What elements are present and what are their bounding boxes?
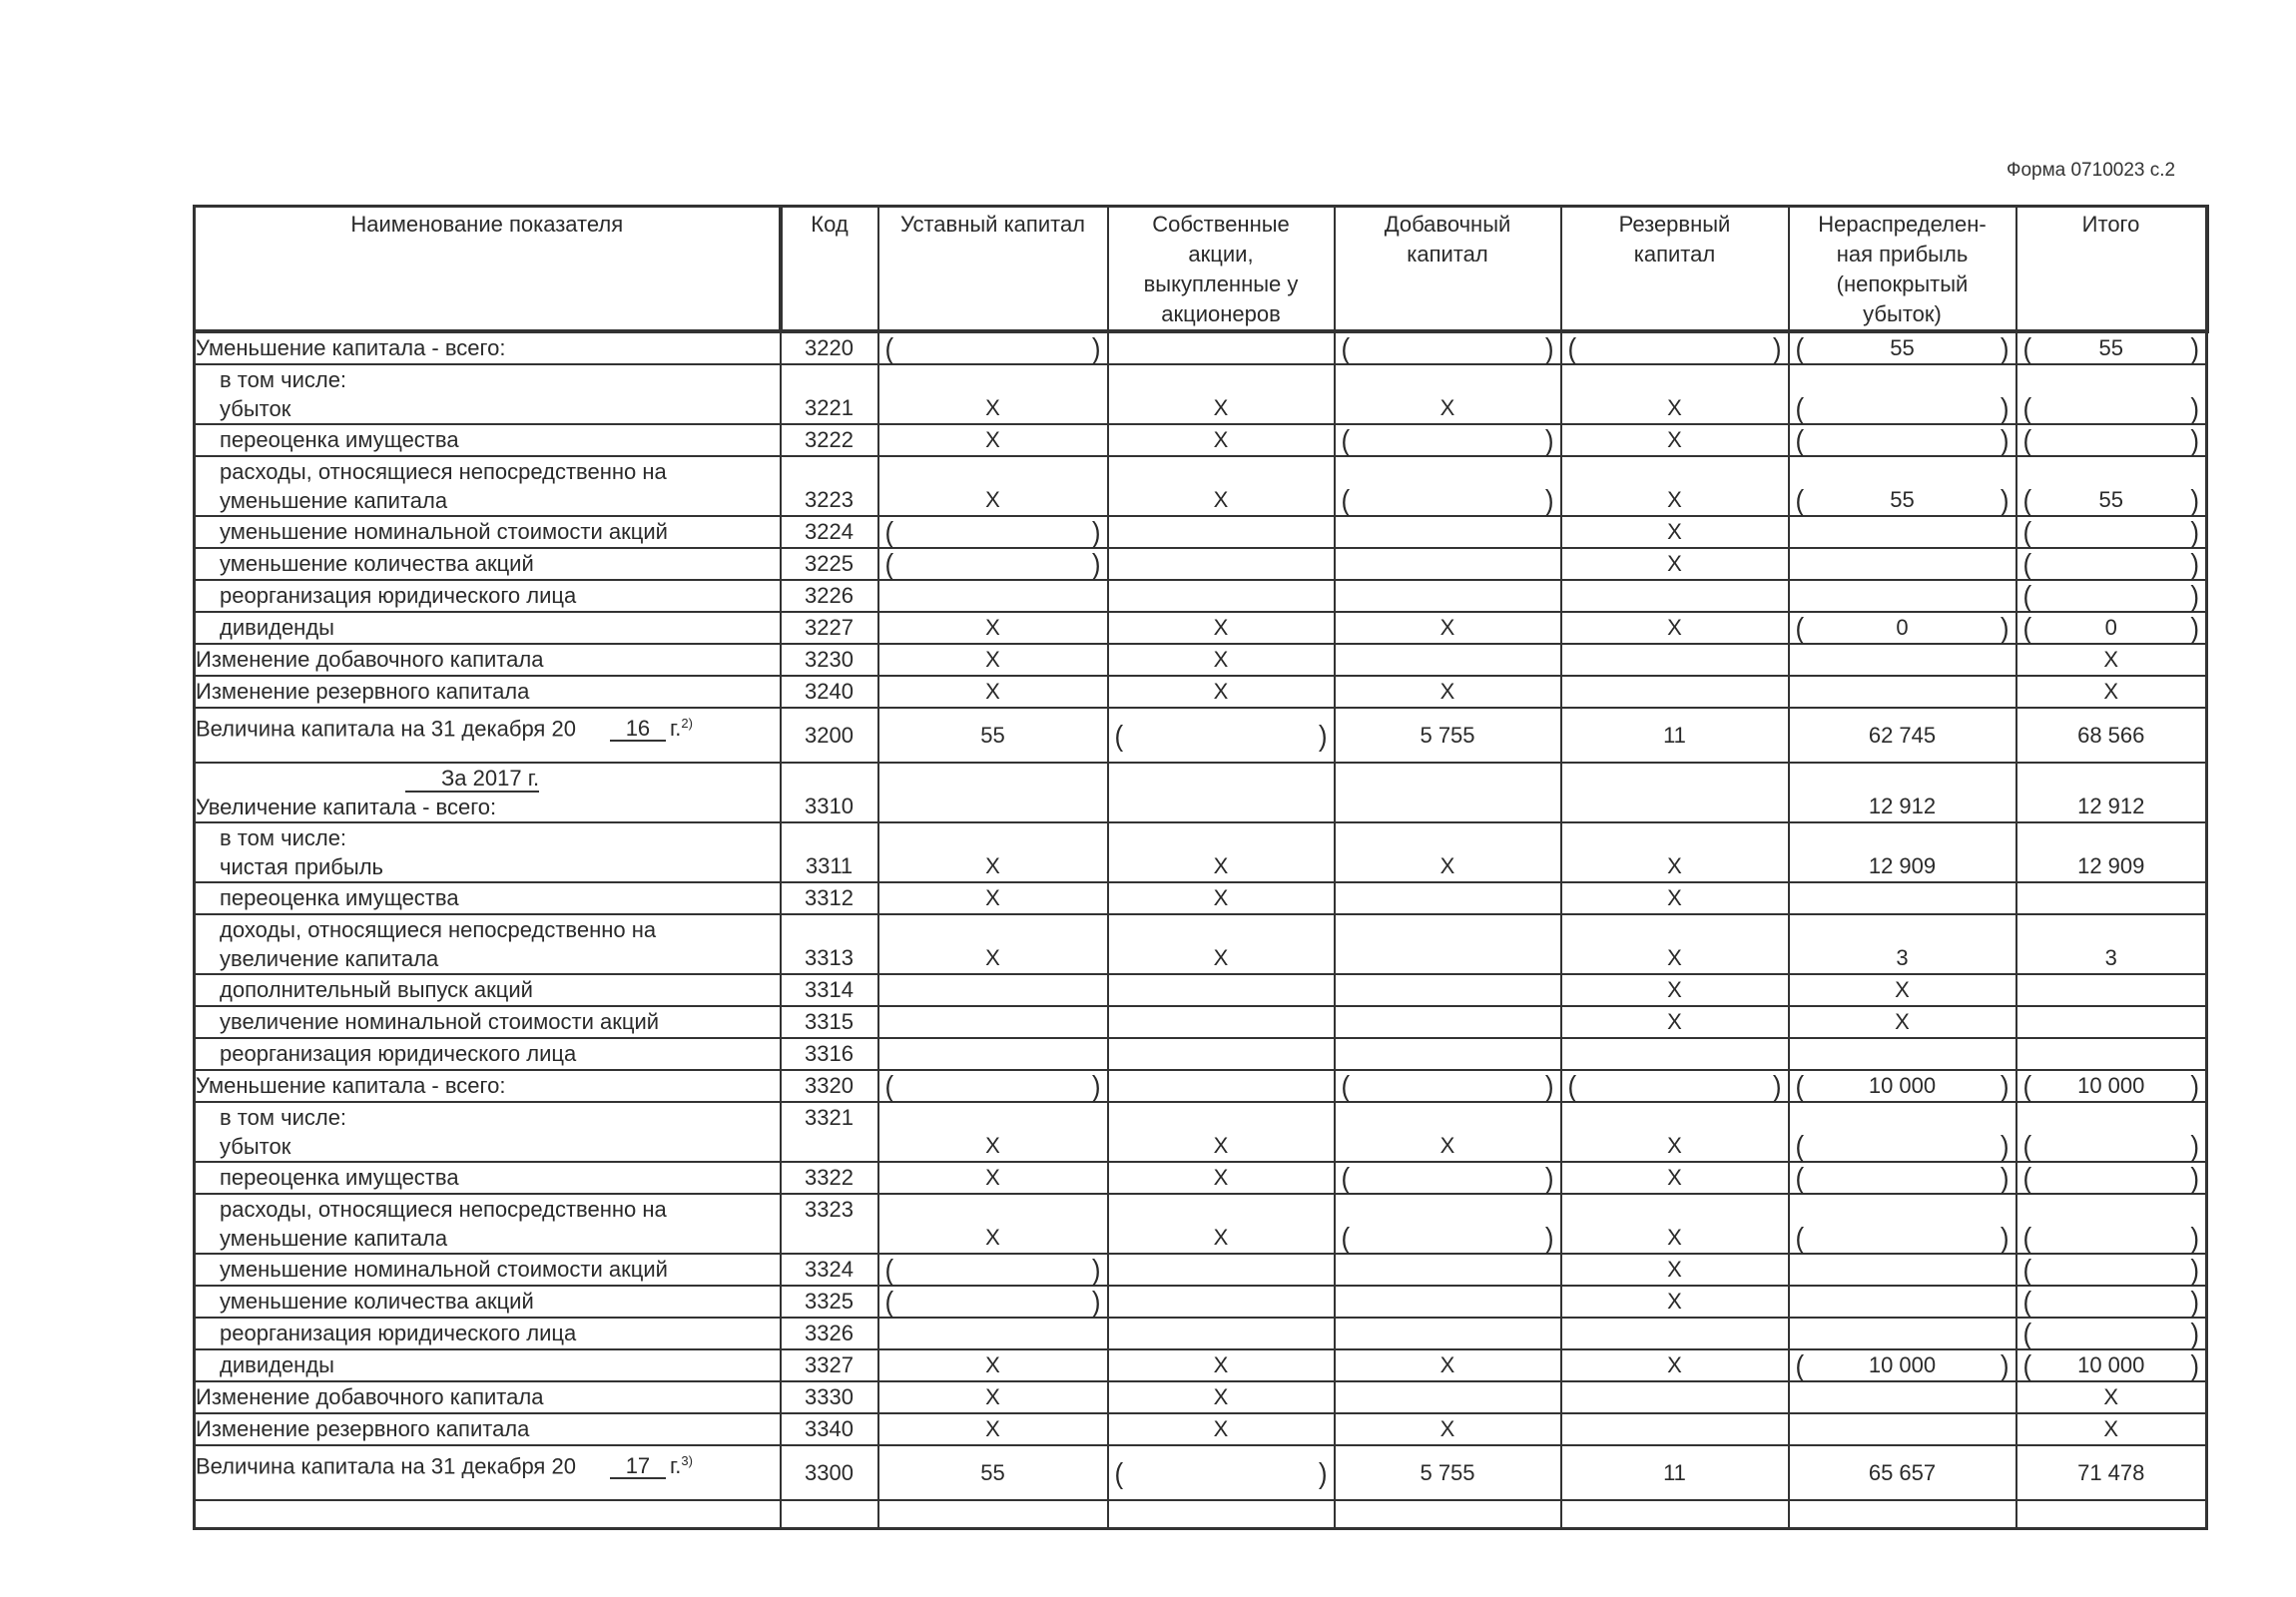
cell-value: X	[1667, 395, 1682, 420]
cell-value: X	[985, 945, 1000, 970]
cell-value: 0	[1804, 613, 2001, 643]
cell-value: X	[985, 1352, 1000, 1377]
value-cell-retained-earnings: (55)	[1789, 331, 2016, 364]
indicator-name-line: уменьшение номинальной стоимости акций	[220, 517, 780, 547]
value-cell-retained-earnings: 65 657	[1789, 1445, 2016, 1500]
indicator-name-line: Изменение добавочного капитала	[196, 1382, 780, 1412]
value-cell-treasury-shares	[1108, 1500, 1335, 1529]
indicator-name-cell: переоценка имущества	[195, 882, 781, 914]
value-cell-additional-capital	[1335, 548, 1561, 580]
value-cell-reserve-capital	[1561, 1381, 1789, 1413]
value-cell-reserve-capital: X	[1561, 612, 1789, 644]
row-code-cell: 3227	[781, 612, 878, 644]
header-line: акции,	[1109, 240, 1334, 269]
negative-value-brackets: (10 000)	[2017, 1350, 2206, 1380]
row-code-cell: 3300	[781, 1445, 878, 1500]
value-cell-treasury-shares	[1108, 1318, 1335, 1349]
negative-value-brackets: ()	[2017, 1163, 2206, 1193]
value-cell-retained-earnings	[1789, 1413, 2016, 1445]
value-cell-total: 71 478	[2016, 1445, 2207, 1500]
table-row: Изменение добавочного капитала3330XXX	[195, 1381, 2207, 1413]
cell-value: X	[1440, 1133, 1455, 1158]
value-cell-treasury-shares: X	[1108, 612, 1335, 644]
indicator-name-cell: Величина капитала на 31 декабря 2017г.3)	[195, 1445, 781, 1500]
value-cell-treasury-shares: X	[1108, 1162, 1335, 1194]
value-cell-total	[2016, 1006, 2207, 1038]
value-cell-charter-capital	[878, 1500, 1108, 1529]
indicator-name-cell: реорганизация юридического лица	[195, 1318, 781, 1349]
indicator-name-cell: реорганизация юридического лица	[195, 1038, 781, 1070]
value-cell-total: ()	[2016, 424, 2207, 456]
indicator-name-line: расходы, относящиеся непосредственно на	[220, 1195, 780, 1224]
cell-value: X	[1667, 487, 1682, 512]
close-bracket: )	[2190, 1130, 2199, 1163]
value-cell-charter-capital: ()	[878, 1070, 1108, 1102]
open-bracket: (	[2023, 392, 2032, 425]
value-cell-retained-earnings: ()	[1789, 1194, 2016, 1254]
value-cell-treasury-shares: X	[1108, 364, 1335, 424]
cell-value: X	[1214, 1165, 1229, 1190]
header-line: убыток)	[1790, 299, 2015, 329]
cell-value: X	[1214, 647, 1229, 672]
indicator-name-line: реорганизация юридического лица	[220, 1319, 780, 1348]
header-line: Резервный	[1562, 210, 1788, 240]
value-cell-reserve-capital: X	[1561, 548, 1789, 580]
indicator-name-cell: Изменение добавочного капитала	[195, 644, 781, 676]
open-bracket: (	[885, 548, 894, 581]
indicator-name-cell: переоценка имущества	[195, 424, 781, 456]
value-cell-additional-capital	[1335, 1286, 1561, 1318]
open-bracket: (	[1342, 1162, 1351, 1195]
value-cell-retained-earnings: ()	[1789, 424, 2016, 456]
cell-value: X	[985, 1133, 1000, 1158]
cell-value: X	[1214, 1225, 1229, 1250]
value-cell-total: ()	[2016, 364, 2207, 424]
close-bracket: )	[1545, 1162, 1554, 1195]
open-bracket: (	[1115, 1456, 1124, 1489]
row-code-cell: 3323	[781, 1194, 878, 1254]
cell-value: X	[1667, 885, 1682, 910]
cell-value: X	[1214, 427, 1229, 452]
cell-value: X	[1214, 615, 1229, 640]
table-row: Изменение добавочного капитала3230XXX	[195, 644, 2207, 676]
indicator-name-line: в том числе:	[220, 1103, 780, 1132]
year-field: 17	[610, 1455, 666, 1479]
row-code-cell: 3222	[781, 424, 878, 456]
cell-value: 10 000	[2031, 1350, 2190, 1380]
cell-value: X	[1667, 551, 1682, 576]
cell-value: X	[1667, 853, 1682, 878]
close-bracket: )	[2190, 580, 2199, 613]
open-bracket: (	[1796, 612, 1805, 645]
close-bracket: )	[2001, 1130, 2009, 1163]
negative-value-brackets: ()	[2017, 1255, 2206, 1285]
cell-value: X	[1667, 1009, 1682, 1034]
value-cell-additional-capital	[1335, 882, 1561, 914]
value-cell-total: ()	[2016, 1102, 2207, 1162]
header-total: Итого	[2016, 207, 2207, 332]
close-bracket: )	[2190, 484, 2199, 517]
indicator-name-line: переоценка имущества	[220, 1163, 780, 1193]
row-code-cell: 3311	[781, 822, 878, 882]
cell-value: 0	[2031, 613, 2190, 643]
close-bracket: )	[1092, 332, 1101, 365]
cell-value: 71 478	[2077, 1460, 2144, 1485]
open-bracket: (	[2023, 332, 2032, 365]
table-row: в том числе:убыток3221XXXX()()	[195, 364, 2207, 424]
value-cell-additional-capital: ()	[1335, 331, 1561, 364]
value-cell-total: ()	[2016, 1254, 2207, 1286]
value-cell-retained-earnings	[1789, 1254, 2016, 1286]
value-cell-treasury-shares: X	[1108, 1413, 1335, 1445]
value-cell-retained-earnings: X	[1789, 1006, 2016, 1038]
row-code-cell: 3310	[781, 763, 878, 822]
negative-value-brackets: ()	[1336, 333, 1560, 363]
value-cell-retained-earnings: (10 000)	[1789, 1349, 2016, 1381]
negative-value-brackets: ()	[1109, 1458, 1334, 1488]
value-cell-retained-earnings: 12 909	[1789, 822, 2016, 882]
value-cell-total	[2016, 974, 2207, 1006]
indicator-name-line: Уменьшение капитала - всего:	[196, 1071, 780, 1101]
open-bracket: (	[1796, 1222, 1805, 1255]
cell-value: 10 000	[1804, 1350, 2001, 1380]
close-bracket: )	[2001, 424, 2009, 457]
header-reserve-capital: Резервный капитал	[1561, 207, 1789, 332]
row-code-cell: 3220	[781, 331, 878, 364]
value-cell-additional-capital	[1335, 1006, 1561, 1038]
value-cell-retained-earnings: ()	[1789, 1102, 2016, 1162]
indicator-name-line: уменьшение капитала	[220, 1224, 780, 1253]
year-suffix: г.	[670, 1453, 681, 1478]
value-cell-additional-capital	[1335, 1318, 1561, 1349]
close-bracket: )	[2190, 332, 2199, 365]
close-bracket: )	[1092, 1070, 1101, 1103]
negative-value-brackets: ()	[2017, 1131, 2206, 1161]
close-bracket: )	[2190, 548, 2199, 581]
value-cell-charter-capital: ()	[878, 548, 1108, 580]
cell-value: X	[1440, 853, 1455, 878]
value-cell-treasury-shares: X	[1108, 1194, 1335, 1254]
indicator-name-cell: Величина капитала на 31 декабря 2016г.2)	[195, 708, 781, 763]
cell-value: 55	[2031, 333, 2190, 363]
indicator-name-cell: За 2017 г.Увеличение капитала - всего:	[195, 763, 781, 822]
open-bracket: (	[1796, 1130, 1805, 1163]
indicator-name-line: увеличение номинальной стоимости акций	[220, 1007, 780, 1037]
value-cell-treasury-shares	[1108, 974, 1335, 1006]
indicator-name-line: переоценка имущества	[220, 883, 780, 913]
close-bracket: )	[1545, 1222, 1554, 1255]
value-cell-charter-capital: X	[878, 882, 1108, 914]
value-cell-reserve-capital: X	[1561, 1286, 1789, 1318]
indicator-name-line: Изменение резервного капитала	[196, 1414, 780, 1444]
value-cell-charter-capital: 55	[878, 1445, 1108, 1500]
cell-value: X	[2103, 1416, 2118, 1441]
negative-value-brackets: ()	[1336, 1163, 1560, 1193]
row-code-cell: 3322	[781, 1162, 878, 1194]
value-cell-total: ()	[2016, 1162, 2207, 1194]
row-code-cell: 3225	[781, 548, 878, 580]
negative-value-brackets: ()	[2017, 581, 2206, 611]
value-cell-treasury-shares: X	[1108, 1381, 1335, 1413]
header-line: капитал	[1562, 240, 1788, 269]
value-cell-additional-capital	[1335, 1038, 1561, 1070]
value-cell-reserve-capital: X	[1561, 516, 1789, 548]
open-bracket: (	[2023, 1222, 2032, 1255]
negative-value-brackets: ()	[2017, 1319, 2206, 1348]
close-bracket: )	[2001, 612, 2009, 645]
cell-value: X	[1214, 679, 1229, 704]
open-bracket: (	[2023, 1286, 2032, 1319]
value-cell-reserve-capital	[1561, 1500, 1789, 1529]
value-cell-retained-earnings: ()	[1789, 1162, 2016, 1194]
value-cell-reserve-capital: X	[1561, 974, 1789, 1006]
negative-value-brackets: (0)	[2017, 613, 2206, 643]
row-code-cell: 3340	[781, 1413, 878, 1445]
cell-value: 3	[1896, 945, 1908, 970]
value-cell-reserve-capital	[1561, 763, 1789, 822]
table-row: переоценка имущества3222XX()X()()	[195, 424, 2207, 456]
value-cell-retained-earnings: 62 745	[1789, 708, 2016, 763]
cell-value: X	[985, 885, 1000, 910]
value-cell-total: ()	[2016, 580, 2207, 612]
close-bracket: )	[1773, 1070, 1782, 1103]
negative-value-brackets: ()	[1562, 1071, 1788, 1101]
close-bracket: )	[1092, 1286, 1101, 1319]
row-code-cell: 3230	[781, 644, 878, 676]
open-bracket: (	[1568, 1070, 1577, 1103]
value-cell-charter-capital: X	[878, 1349, 1108, 1381]
value-cell-charter-capital: X	[878, 644, 1108, 676]
indicator-name-cell: уменьшение количества акций	[195, 548, 781, 580]
value-cell-additional-capital: 5 755	[1335, 1445, 1561, 1500]
value-cell-reserve-capital: X	[1561, 914, 1789, 974]
negative-value-brackets: ()	[1336, 1223, 1560, 1253]
table-row: реорганизация юридического лица3316	[195, 1038, 2207, 1070]
table-row: дивиденды3327XXXX(10 000)(10 000)	[195, 1349, 2207, 1381]
value-cell-charter-capital: X	[878, 364, 1108, 424]
cell-value: 68 566	[2077, 723, 2144, 748]
cell-value: X	[1214, 853, 1229, 878]
cell-value: X	[1214, 487, 1229, 512]
open-bracket: (	[1342, 1070, 1351, 1103]
open-bracket: (	[2023, 424, 2032, 457]
value-cell-retained-earnings	[1789, 676, 2016, 708]
indicator-name-line: убыток	[220, 394, 780, 423]
row-code-cell: 3200	[781, 708, 878, 763]
value-cell-reserve-capital: X	[1561, 364, 1789, 424]
value-cell-charter-capital	[878, 763, 1108, 822]
value-cell-retained-earnings	[1789, 644, 2016, 676]
cell-value: X	[1667, 427, 1682, 452]
open-bracket: (	[1796, 1349, 1805, 1382]
value-cell-retained-earnings: 12 912	[1789, 763, 2016, 822]
close-bracket: )	[2190, 1162, 2199, 1195]
value-cell-total: X	[2016, 1381, 2207, 1413]
negative-value-brackets: ()	[1336, 425, 1560, 455]
value-cell-total: (55)	[2016, 331, 2207, 364]
indicator-name-cell: дополнительный выпуск акций	[195, 974, 781, 1006]
cell-value: X	[1214, 1384, 1229, 1409]
value-cell-additional-capital	[1335, 516, 1561, 548]
close-bracket: )	[1545, 424, 1554, 457]
indicator-name-line: дивиденды	[220, 1350, 780, 1380]
indicator-name-line: чистая прибыль	[220, 852, 780, 881]
negative-value-brackets: ()	[2017, 517, 2206, 547]
value-cell-additional-capital	[1335, 1381, 1561, 1413]
table-row: в том числе:чистая прибыль3311XXXX12 909…	[195, 822, 2207, 882]
close-bracket: )	[1092, 516, 1101, 549]
open-bracket: (	[2023, 1349, 2032, 1382]
indicator-name-line: реорганизация юридического лица	[220, 1039, 780, 1069]
cell-value: 3	[2105, 945, 2117, 970]
value-cell-additional-capital	[1335, 580, 1561, 612]
value-cell-reserve-capital: 11	[1561, 1445, 1789, 1500]
cell-value: 12 912	[1869, 794, 1936, 818]
balance-label: Величина капитала на 31 декабря 20	[196, 1453, 576, 1478]
value-cell-reserve-capital: X	[1561, 1254, 1789, 1286]
value-cell-additional-capital: ()	[1335, 1070, 1561, 1102]
value-cell-retained-earnings	[1789, 1038, 2016, 1070]
row-code-cell	[781, 1500, 878, 1529]
cell-value: X	[2103, 679, 2118, 704]
value-cell-reserve-capital: X	[1561, 1194, 1789, 1254]
value-cell-total	[2016, 1500, 2207, 1529]
value-cell-charter-capital: ()	[878, 331, 1108, 364]
indicator-name-line: дивиденды	[220, 613, 780, 643]
cell-value: X	[985, 615, 1000, 640]
cell-value: X	[1440, 1416, 1455, 1441]
value-cell-charter-capital	[878, 1318, 1108, 1349]
close-bracket: )	[2001, 484, 2009, 517]
negative-value-brackets: ()	[879, 1255, 1107, 1285]
open-bracket: (	[1342, 332, 1351, 365]
value-cell-charter-capital: X	[878, 1413, 1108, 1445]
table-row: уменьшение количества акций3325()X()	[195, 1286, 2207, 1318]
header-additional-capital: Добавочный капитал	[1335, 207, 1561, 332]
negative-value-brackets: ()	[879, 1287, 1107, 1317]
cell-value: 5 755	[1420, 1460, 1474, 1485]
table-body: Уменьшение капитала - всего:3220()()()(5…	[195, 331, 2207, 1529]
cell-value: 55	[2031, 485, 2190, 515]
balance-label: Величина капитала на 31 декабря 20	[196, 716, 576, 741]
row-code-cell: 3226	[781, 580, 878, 612]
cell-value: X	[1895, 1009, 1910, 1034]
year-field: 16	[610, 718, 666, 742]
value-cell-reserve-capital	[1561, 1038, 1789, 1070]
value-cell-charter-capital: ()	[878, 516, 1108, 548]
cell-value: X	[1214, 945, 1229, 970]
open-bracket: (	[1796, 332, 1805, 365]
table-row: реорганизация юридического лица3226()	[195, 580, 2207, 612]
cell-value: X	[2103, 647, 2118, 672]
cell-value: X	[985, 647, 1000, 672]
indicator-name-line: в том числе:	[220, 823, 780, 852]
table-row: Величина капитала на 31 декабря 2017г.3)…	[195, 1445, 2207, 1500]
indicator-name-cell: реорганизация юридического лица	[195, 580, 781, 612]
close-bracket: )	[1545, 332, 1554, 365]
value-cell-charter-capital: X	[878, 676, 1108, 708]
value-cell-reserve-capital	[1561, 644, 1789, 676]
header-line: Нераспределен-	[1790, 210, 2015, 240]
value-cell-additional-capital: X	[1335, 364, 1561, 424]
negative-value-brackets: (55)	[2017, 333, 2206, 363]
negative-value-brackets: ()	[879, 517, 1107, 547]
row-code-cell: 3314	[781, 974, 878, 1006]
value-cell-total: ()	[2016, 1194, 2207, 1254]
value-cell-retained-earnings: (0)	[1789, 612, 2016, 644]
value-cell-additional-capital: ()	[1335, 424, 1561, 456]
open-bracket: (	[885, 1070, 894, 1103]
cell-value: X	[1214, 1133, 1229, 1158]
indicator-name-line: дополнительный выпуск акций	[220, 975, 780, 1005]
indicator-name-cell: переоценка имущества	[195, 1162, 781, 1194]
table-row: переоценка имущества3312XXX	[195, 882, 2207, 914]
open-bracket: (	[885, 516, 894, 549]
cell-value: 12 912	[2077, 794, 2144, 818]
close-bracket: )	[2190, 1070, 2199, 1103]
cell-value: 65 657	[1869, 1460, 1936, 1485]
cell-value: X	[1895, 977, 1910, 1002]
value-cell-charter-capital: X	[878, 1381, 1108, 1413]
value-cell-treasury-shares: X	[1108, 456, 1335, 516]
row-code-cell: 3320	[781, 1070, 878, 1102]
cell-value: X	[985, 853, 1000, 878]
value-cell-total: 68 566	[2016, 708, 2207, 763]
value-cell-treasury-shares: X	[1108, 644, 1335, 676]
cell-value: X	[1214, 885, 1229, 910]
negative-value-brackets: (55)	[1790, 333, 2015, 363]
close-bracket: )	[2190, 1286, 2199, 1319]
header-line: Добавочный	[1336, 210, 1560, 240]
value-cell-treasury-shares	[1108, 1070, 1335, 1102]
cell-value: X	[1440, 615, 1455, 640]
close-bracket: )	[2190, 1254, 2199, 1287]
indicator-name-cell: в том числе:убыток	[195, 1102, 781, 1162]
value-cell-treasury-shares	[1108, 548, 1335, 580]
table-row: уменьшение номинальной стоимости акций32…	[195, 516, 2207, 548]
value-cell-total: (55)	[2016, 456, 2207, 516]
open-bracket: (	[885, 1286, 894, 1319]
value-cell-charter-capital	[878, 1038, 1108, 1070]
table-row: увеличение номинальной стоимости акций33…	[195, 1006, 2207, 1038]
cell-value: X	[985, 427, 1000, 452]
indicator-name-cell: Уменьшение капитала - всего:	[195, 1070, 781, 1102]
close-bracket: )	[1319, 1456, 1328, 1489]
cell-value: X	[1440, 395, 1455, 420]
indicator-name-cell: уменьшение количества акций	[195, 1286, 781, 1318]
open-bracket: (	[2023, 484, 2032, 517]
value-cell-total: (0)	[2016, 612, 2207, 644]
value-cell-charter-capital	[878, 1006, 1108, 1038]
table-row: в том числе:убыток3321XXXX()()	[195, 1102, 2207, 1162]
row-code-cell: 3240	[781, 676, 878, 708]
value-cell-reserve-capital: X	[1561, 1006, 1789, 1038]
value-cell-reserve-capital: X	[1561, 1102, 1789, 1162]
value-cell-total: ()	[2016, 516, 2207, 548]
open-bracket: (	[1342, 484, 1351, 517]
cell-value: X	[1667, 945, 1682, 970]
value-cell-charter-capital: X	[878, 612, 1108, 644]
indicator-name-line: переоценка имущества	[220, 425, 780, 455]
close-bracket: )	[2001, 1222, 2009, 1255]
value-cell-total: X	[2016, 676, 2207, 708]
footnote-mark: 3)	[681, 1453, 693, 1468]
value-cell-charter-capital: 55	[878, 708, 1108, 763]
value-cell-retained-earnings	[1789, 1500, 2016, 1529]
cell-value: X	[1667, 1289, 1682, 1314]
value-cell-retained-earnings	[1789, 882, 2016, 914]
open-bracket: (	[1796, 1070, 1805, 1103]
